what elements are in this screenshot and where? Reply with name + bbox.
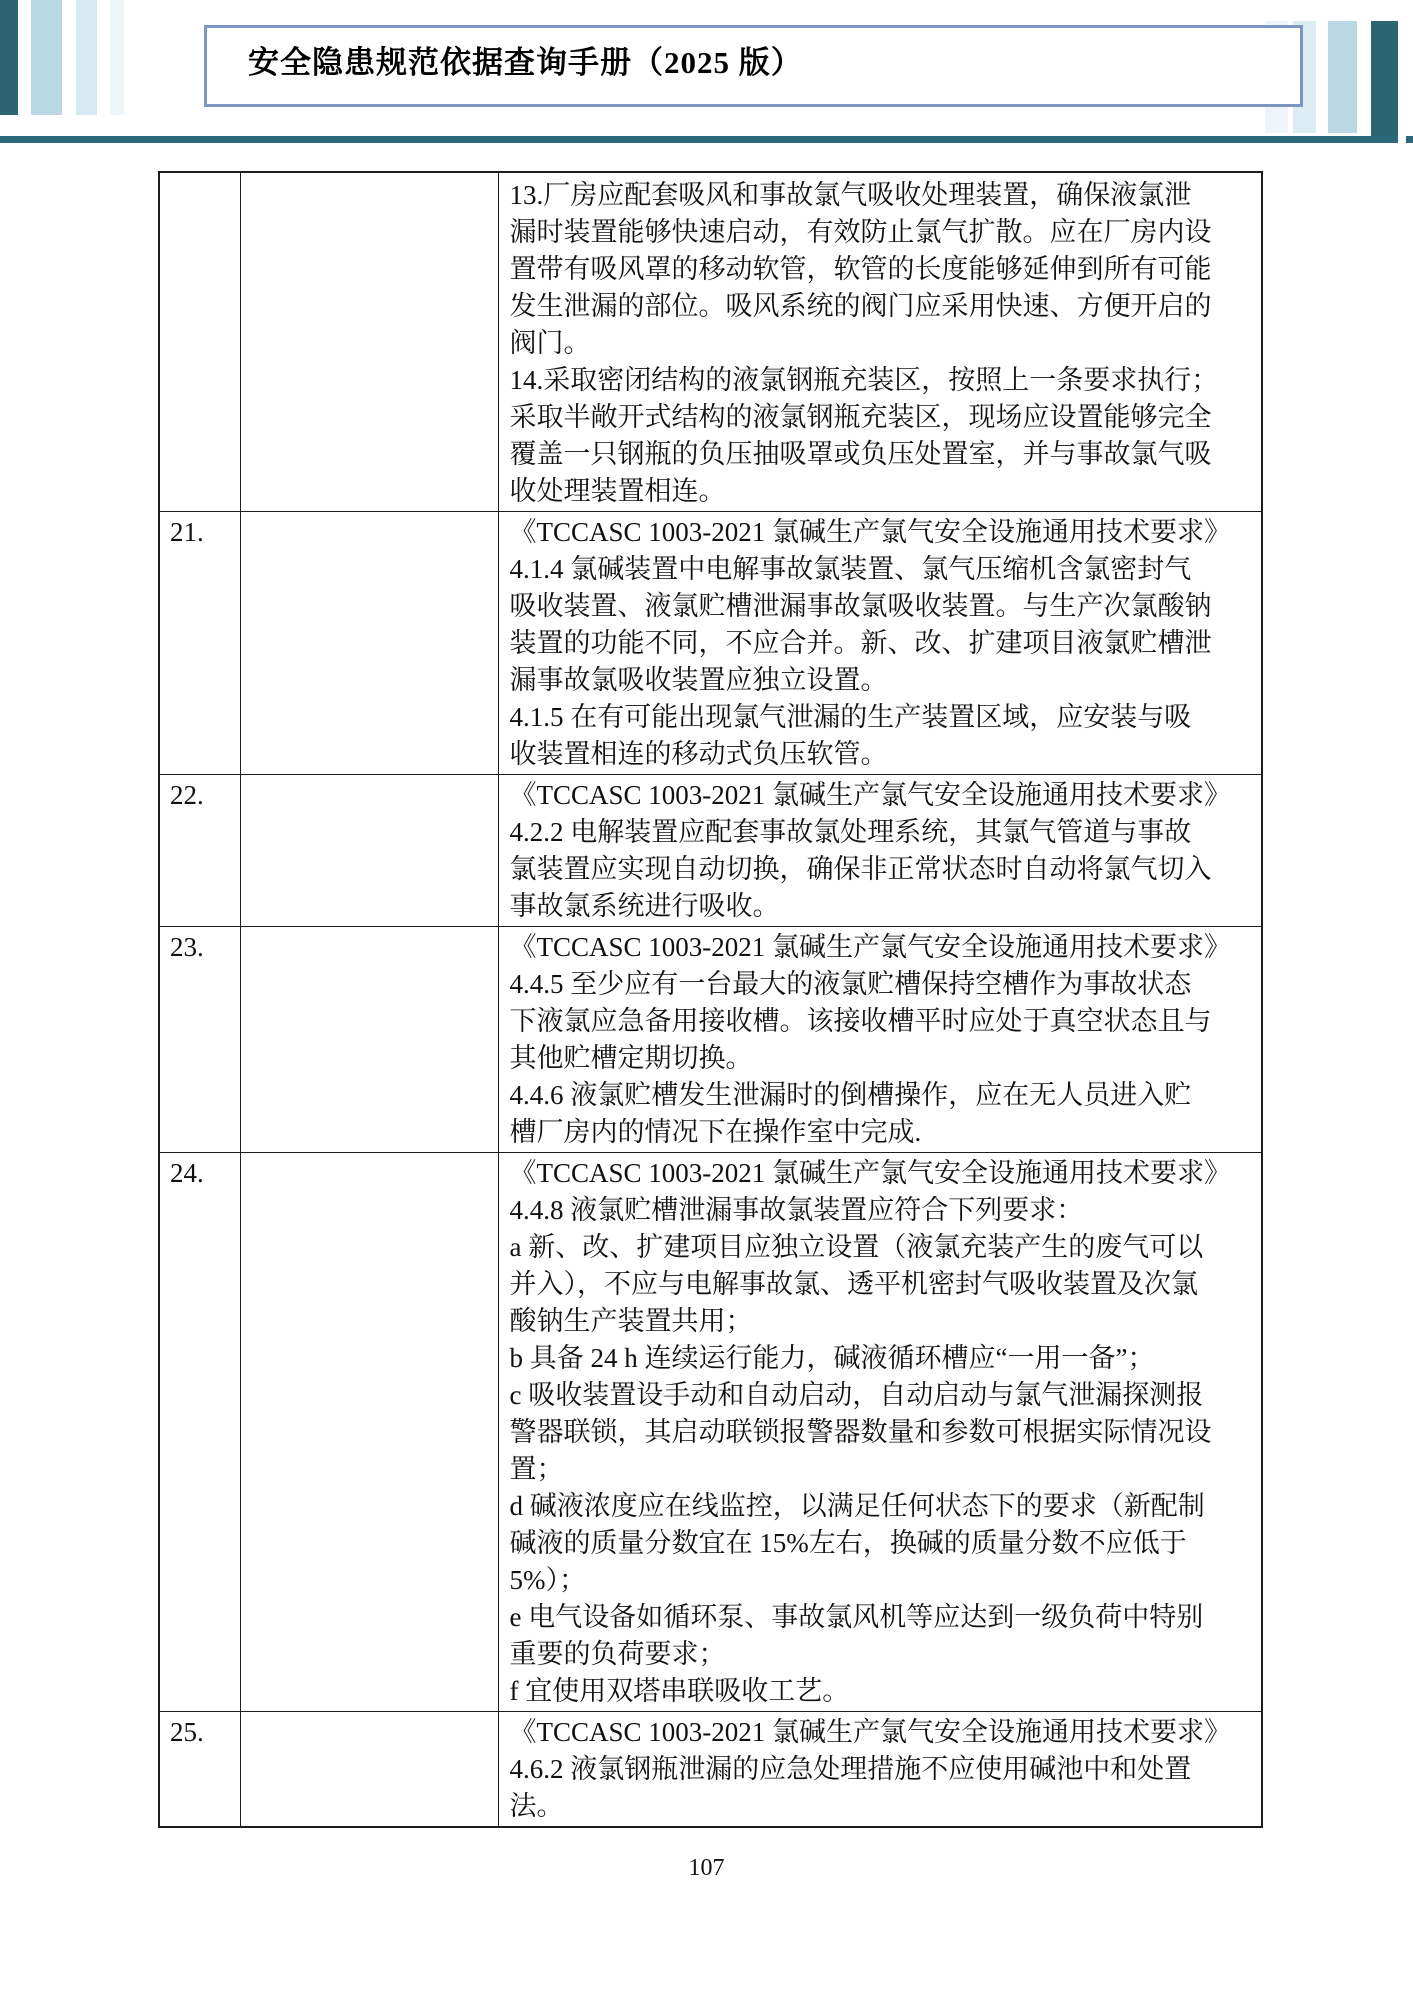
regulation-text-line: 重要的负荷要求； xyxy=(510,1636,1256,1673)
row-regulation-text: 《TCCASC 1003-2021 氯碱生产氯气安全设施通用技术要求》4.1.4… xyxy=(498,512,1262,775)
regulation-text-line: 收处理装置相连。 xyxy=(510,473,1256,510)
table-row: 24. 《TCCASC 1003-2021 氯碱生产氯气安全设施通用技术要求》4… xyxy=(159,1153,1262,1712)
regulation-text-line: c 吸收装置设手动和自动启动，自动启动与氯气泄漏探测报 xyxy=(510,1377,1256,1414)
row-description-cell xyxy=(240,1153,498,1712)
row-regulation-text: 《TCCASC 1003-2021 氯碱生产氯气安全设施通用技术要求》4.6.2… xyxy=(498,1712,1262,1828)
regulation-text-line: 氯装置应实现自动切换，确保非正常状态时自动将氯气切入 xyxy=(510,851,1256,888)
header-rule xyxy=(0,136,1398,143)
regulation-text-line: 4.4.6 液氯贮槽发生泄漏时的倒槽操作，应在无人员进入贮 xyxy=(510,1077,1256,1114)
table-row: 25. 《TCCASC 1003-2021 氯碱生产氯气安全设施通用技术要求》4… xyxy=(159,1712,1262,1828)
row-number-cell: 24. xyxy=(159,1153,240,1712)
regulation-text-line: 吸收装置、液氯贮槽泄漏事故氯吸收装置。与生产次氯酸钠 xyxy=(510,588,1256,625)
regulation-text-line: 法。 xyxy=(510,1788,1256,1825)
regulation-text-line: 采取半敞开式结构的液氯钢瓶充装区，现场应设置能够完全 xyxy=(510,399,1256,436)
decor-bar-dark-right xyxy=(1371,21,1398,143)
regulation-text-line: d 碱液浓度应在线监控，以满足任何状态下的要求（新配制 xyxy=(510,1488,1256,1525)
table-row: 13.厂房应配套吸风和事故氯气吸收处理装置，确保液氯泄漏时装置能够快速启动，有效… xyxy=(159,172,1262,512)
regulation-text-line: 阀门。 xyxy=(510,325,1256,362)
regulation-text-line: 13.厂房应配套吸风和事故氯气吸收处理装置，确保液氯泄 xyxy=(510,177,1256,214)
regulation-text-line: 发生泄漏的部位。吸风系统的阀门应采用快速、方便开启的 xyxy=(510,288,1256,325)
regulation-text-line: 其他贮槽定期切换。 xyxy=(510,1040,1256,1077)
regulation-text-line: a 新、改、扩建项目应独立设置（液氯充装产生的废气可以 xyxy=(510,1229,1256,1266)
regulation-text-line: 4.4.5 至少应有一台最大的液氯贮槽保持空槽作为事故状态 xyxy=(510,966,1256,1003)
document-page: 安全隐患规范依据查询手册（2025 版） 13.厂房应配套吸风和事故氯气吸收处理… xyxy=(0,0,1413,2000)
regulation-text-line: 槽厂房内的情况下在操作室中完成. xyxy=(510,1114,1256,1151)
row-description-cell xyxy=(240,512,498,775)
regulation-text-line: 4.6.2 液氯钢瓶泄漏的应急处理措施不应使用碱池中和处置 xyxy=(510,1751,1256,1788)
regulation-text-line: 5%）； xyxy=(510,1562,1256,1599)
regulation-text-line: 下液氯应急备用接收槽。该接收槽平时应处于真空状态且与 xyxy=(510,1003,1256,1040)
table-row: 23. 《TCCASC 1003-2021 氯碱生产氯气安全设施通用技术要求》4… xyxy=(159,927,1262,1153)
regulation-text-line: 《TCCASC 1003-2021 氯碱生产氯气安全设施通用技术要求》 xyxy=(510,929,1256,966)
row-description-cell xyxy=(240,927,498,1153)
regulation-table: 13.厂房应配套吸风和事故氯气吸收处理装置，确保液氯泄漏时装置能够快速启动，有效… xyxy=(158,171,1263,1828)
regulation-text-line: 漏事故氯吸收装置应独立设置。 xyxy=(510,662,1256,699)
regulation-text-line: 事故氯系统进行吸收。 xyxy=(510,888,1256,925)
regulation-text-line: 《TCCASC 1003-2021 氯碱生产氯气安全设施通用技术要求》 xyxy=(510,1155,1256,1192)
regulation-text-line: 收装置相连的移动式负压软管。 xyxy=(510,736,1256,773)
row-number-cell: 23. xyxy=(159,927,240,1153)
regulation-text-line: 警器联锁，其启动联锁报警器数量和参数可根据实际情况设 xyxy=(510,1414,1256,1451)
regulation-text-line: 4.1.5 在有可能出现氯气泄漏的生产装置区域，应安装与吸 xyxy=(510,699,1256,736)
row-description-cell xyxy=(240,172,498,512)
header-rule-nub xyxy=(1406,136,1413,143)
table-row: 21. 《TCCASC 1003-2021 氯碱生产氯气安全设施通用技术要求》4… xyxy=(159,512,1262,775)
regulation-text-line: 漏时装置能够快速启动，有效防止氯气扩散。应在厂房内设 xyxy=(510,214,1256,251)
decor-bar-faint-left xyxy=(110,0,124,115)
regulation-text-line: f 宜使用双塔串联吸收工艺。 xyxy=(510,1673,1256,1710)
row-regulation-text: 13.厂房应配套吸风和事故氯气吸收处理装置，确保液氯泄漏时装置能够快速启动，有效… xyxy=(498,172,1262,512)
decor-bar-dark-left xyxy=(0,0,18,115)
regulation-text-line: 《TCCASC 1003-2021 氯碱生产氯气安全设施通用技术要求》 xyxy=(510,514,1256,551)
page-title: 安全隐患规范依据查询手册（2025 版） xyxy=(248,37,803,82)
regulation-text-line: 《TCCASC 1003-2021 氯碱生产氯气安全设施通用技术要求》 xyxy=(510,1714,1256,1751)
regulation-text-line: b 具备 24 h 连续运行能力，碱液循环槽应“一用一备”； xyxy=(510,1340,1256,1377)
regulation-table-wrap: 13.厂房应配套吸风和事故氯气吸收处理装置，确保液氯泄漏时装置能够快速启动，有效… xyxy=(158,171,1263,1828)
row-description-cell xyxy=(240,1712,498,1828)
decor-bar-light-right xyxy=(1328,21,1357,133)
row-description-cell xyxy=(240,775,498,927)
page-number: 107 xyxy=(0,1855,1413,1882)
decor-bar-lighter-left xyxy=(76,0,97,115)
regulation-text-line: 覆盖一只钢瓶的负压抽吸罩或负压处置室，并与事故氯气吸 xyxy=(510,436,1256,473)
regulation-text-line: 置带有吸风罩的移动软管，软管的长度能够延伸到所有可能 xyxy=(510,251,1256,288)
row-number-cell: 25. xyxy=(159,1712,240,1828)
regulation-text-line: 4.4.8 液氯贮槽泄漏事故氯装置应符合下列要求： xyxy=(510,1192,1256,1229)
regulation-text-line: 4.2.2 电解装置应配套事故氯处理系统，其氯气管道与事故 xyxy=(510,814,1256,851)
regulation-text-line: 酸钠生产装置共用； xyxy=(510,1303,1256,1340)
row-number-cell: 21. xyxy=(159,512,240,775)
regulation-text-line: 碱液的质量分数宜在 15%左右，换碱的质量分数不应低于 xyxy=(510,1525,1256,1562)
row-regulation-text: 《TCCASC 1003-2021 氯碱生产氯气安全设施通用技术要求》4.4.5… xyxy=(498,927,1262,1153)
regulation-text-line: 装置的功能不同，不应合并。新、改、扩建项目液氯贮槽泄 xyxy=(510,625,1256,662)
header-title-box: 安全隐患规范依据查询手册（2025 版） xyxy=(204,25,1303,107)
row-regulation-text: 《TCCASC 1003-2021 氯碱生产氯气安全设施通用技术要求》4.4.8… xyxy=(498,1153,1262,1712)
row-number-cell xyxy=(159,172,240,512)
regulation-text-line: 《TCCASC 1003-2021 氯碱生产氯气安全设施通用技术要求》 xyxy=(510,777,1256,814)
regulation-text-line: 置； xyxy=(510,1451,1256,1488)
regulation-text-line: 14.采取密闭结构的液氯钢瓶充装区，按照上一条要求执行； xyxy=(510,362,1256,399)
regulation-text-line: 4.1.4 氯碱装置中电解事故氯装置、氯气压缩机含氯密封气 xyxy=(510,551,1256,588)
row-number-cell: 22. xyxy=(159,775,240,927)
regulation-text-line: 并入），不应与电解事故氯、透平机密封气吸收装置及次氯 xyxy=(510,1266,1256,1303)
decor-bar-light-left xyxy=(31,0,62,115)
table-row: 22. 《TCCASC 1003-2021 氯碱生产氯气安全设施通用技术要求》4… xyxy=(159,775,1262,927)
row-regulation-text: 《TCCASC 1003-2021 氯碱生产氯气安全设施通用技术要求》4.2.2… xyxy=(498,775,1262,927)
regulation-text-line: e 电气设备如循环泵、事故氯风机等应达到一级负荷中特别 xyxy=(510,1599,1256,1636)
